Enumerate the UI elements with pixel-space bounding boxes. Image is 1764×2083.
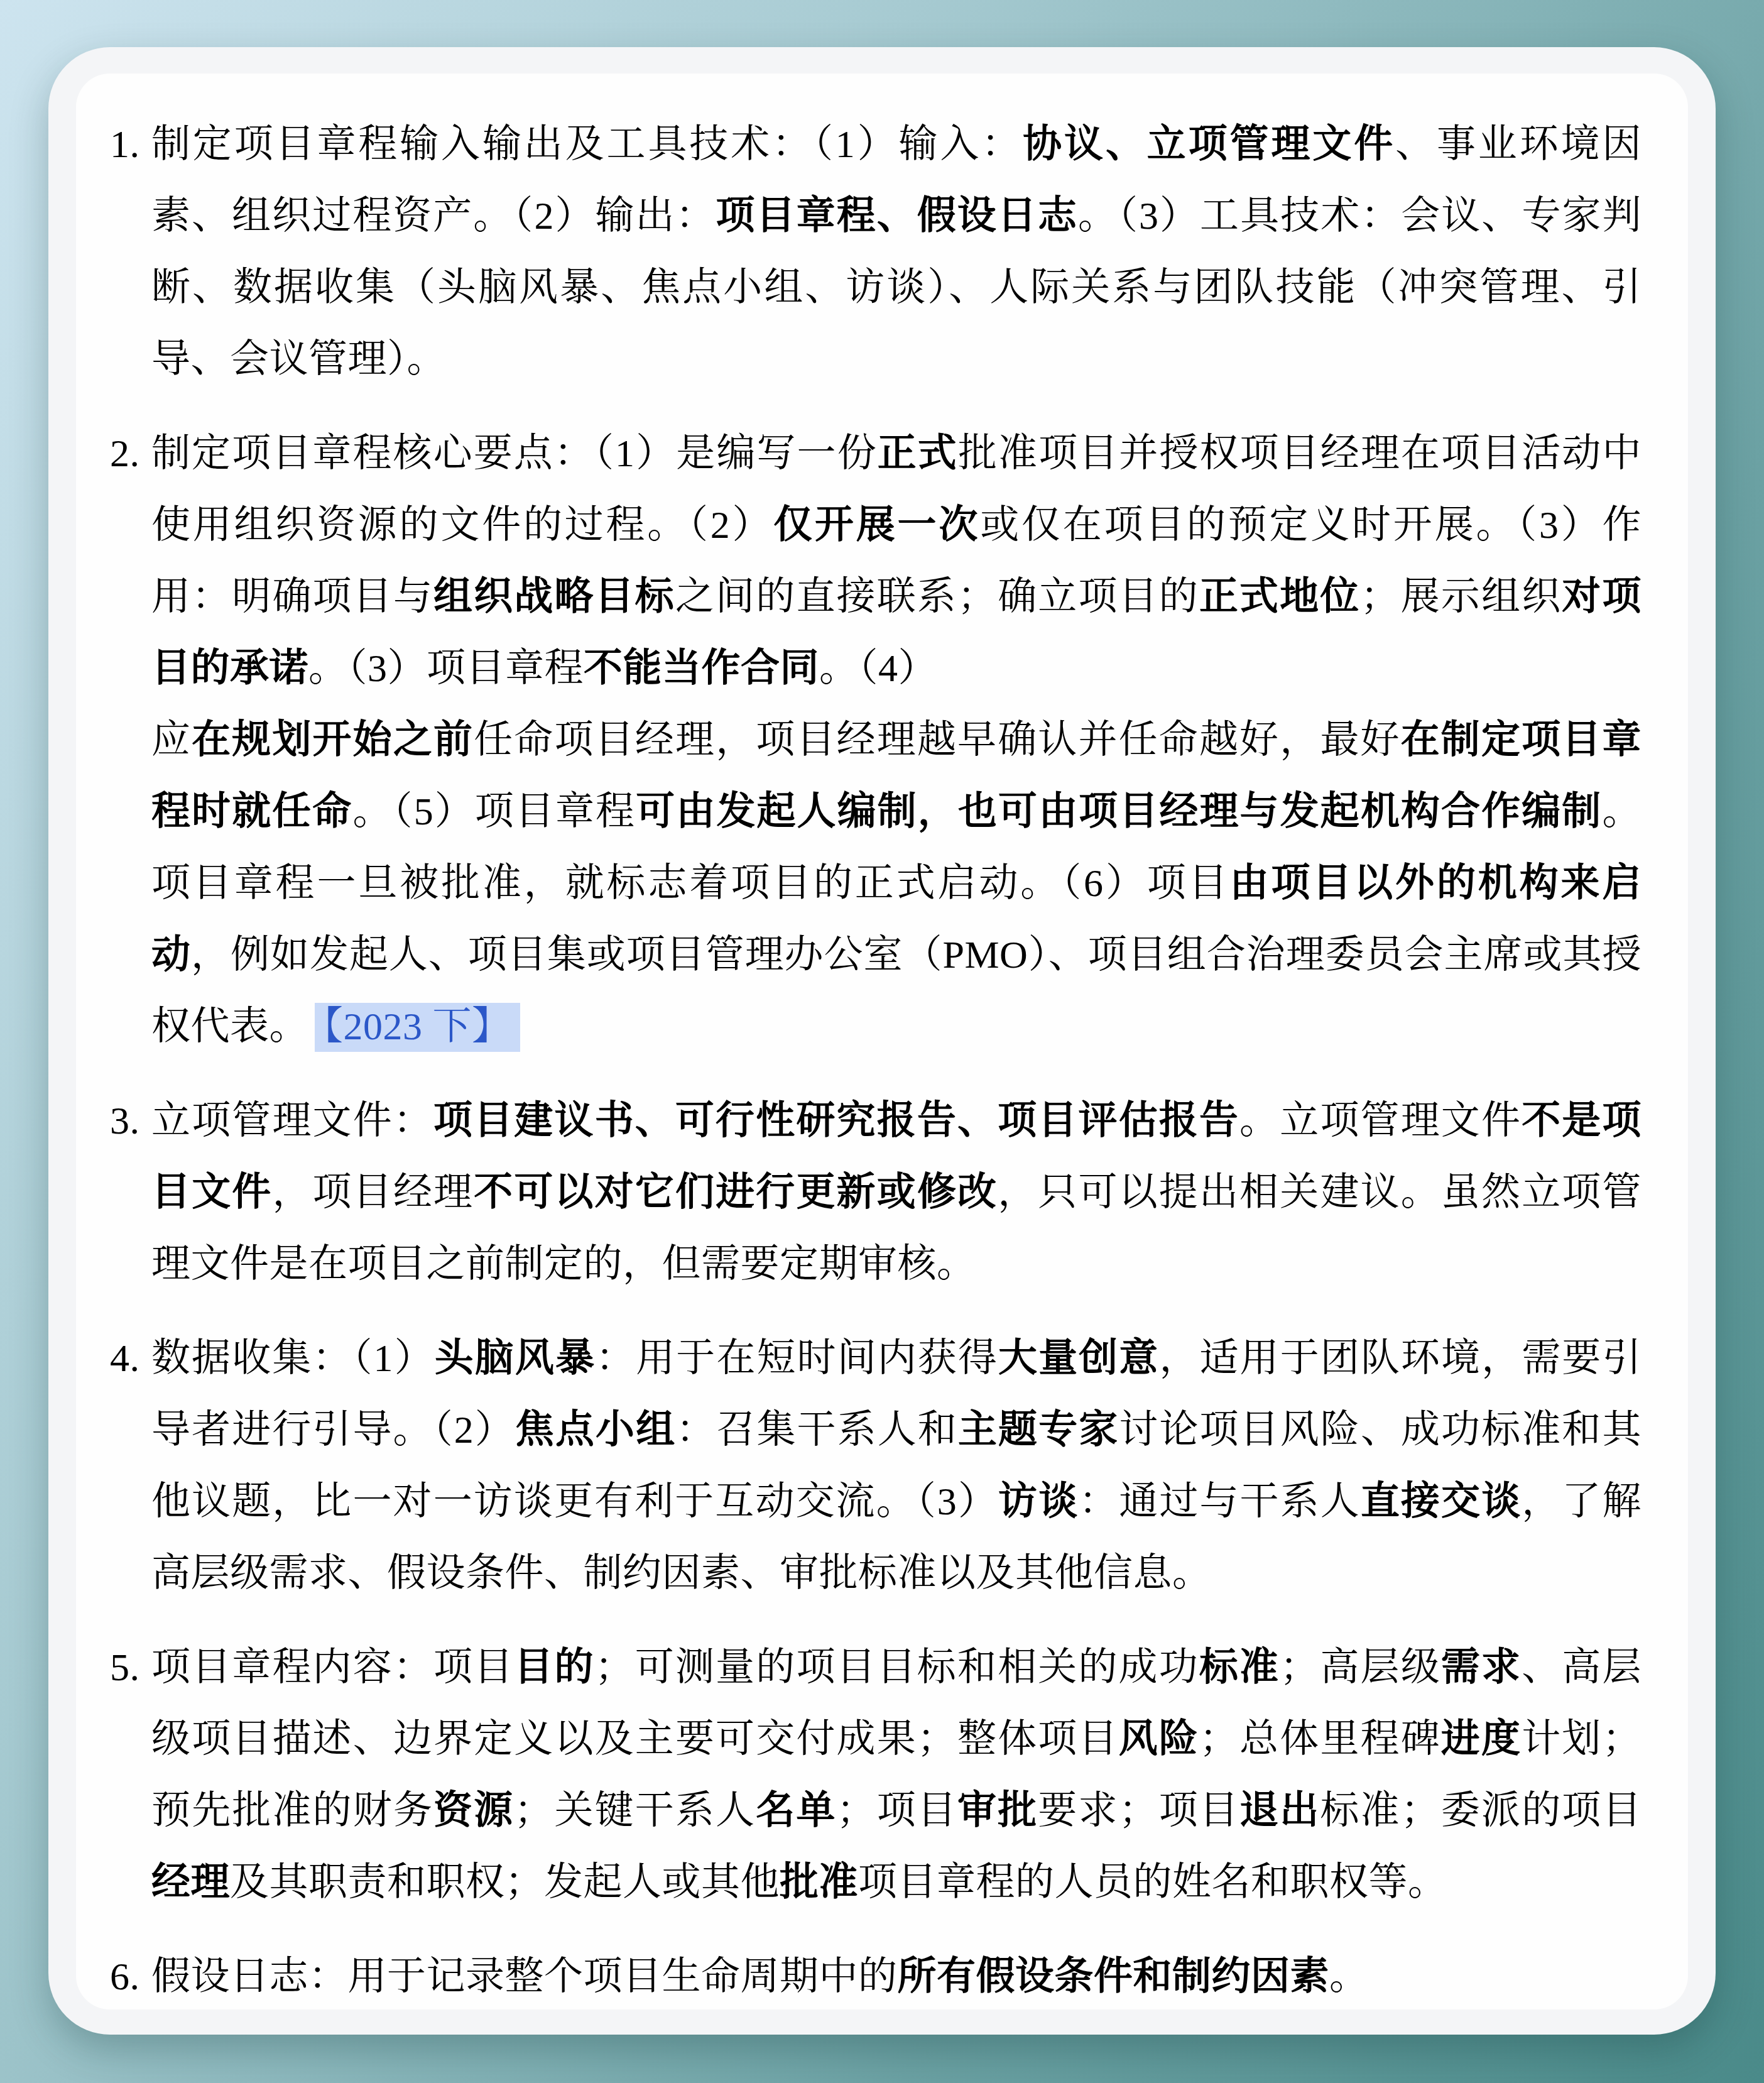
bold-text-run: 项目建议书、可行性研究报告、项目评估报告	[433, 1100, 1239, 1142]
text-run: 数据收集：（1）	[151, 1337, 435, 1380]
text-run: 制定项目章程输入输出及工具技术：（1）输入：	[151, 123, 1023, 166]
text-run: ：召集干系人和	[676, 1409, 958, 1452]
text-run: 。	[1329, 1955, 1369, 1998]
note-item: 4.数据收集：（1）头脑风暴：用于在短时间内获得大量创意，适用于团队环境，需要引…	[110, 1323, 1641, 1609]
bold-text-run: 目的	[514, 1646, 594, 1689]
text-run: ；展示组织	[1361, 576, 1562, 618]
text-run: ；项目	[837, 1790, 957, 1832]
text-run: 项目章程的人员的姓名和职权等。	[858, 1861, 1447, 1904]
bold-text-run: 进度	[1441, 1718, 1522, 1761]
bold-text-run: 在规划开始之前	[192, 719, 474, 762]
item-text: 立项管理文件：项目建议书、可行性研究报告、项目评估报告。立项管理文件不是项目文件…	[151, 1100, 1641, 1286]
bold-text-run: 不能当作合同	[584, 647, 819, 690]
bold-text-run: 风险	[1119, 1718, 1199, 1761]
item-text: 假设日志：用于记录整个项目生命周期中的所有假设条件和制约因素。	[151, 1955, 1369, 1998]
bold-text-run: 审批	[957, 1790, 1038, 1832]
note-item: 3.立项管理文件：项目建议书、可行性研究报告、项目评估报告。立项管理文件不是项目…	[110, 1085, 1641, 1300]
notes-list: 1.制定项目章程输入输出及工具技术：（1）输入：协议、立项管理文件、事业环境因素…	[110, 109, 1641, 2013]
text-run: 要求；项目	[1038, 1790, 1239, 1832]
text-run: 标准；委派的项目	[1320, 1790, 1641, 1832]
text-run: ，项目经理	[272, 1171, 474, 1214]
item-number: 1.	[110, 109, 140, 180]
item-number: 4.	[110, 1323, 140, 1394]
bold-text-run: 名单	[756, 1790, 836, 1832]
bold-text-run: 需求	[1441, 1646, 1522, 1689]
bold-text-run: 主题专家	[958, 1409, 1119, 1452]
text-run: 。（3）项目章程	[308, 647, 584, 690]
bold-text-run: 正式	[878, 432, 958, 475]
bold-text-run: 协议、立项管理文件	[1023, 123, 1395, 166]
item-text: 制定项目章程输入输出及工具技术：（1）输入：协议、立项管理文件、事业环境因素、组…	[151, 123, 1641, 381]
item-text: 数据收集：（1）头脑风暴：用于在短时间内获得大量创意，适用于团队环境，需要引导者…	[151, 1337, 1641, 1595]
text-run: 项目章程内容：项目	[151, 1646, 514, 1689]
bold-text-run: 所有假设条件和制约因素	[898, 1955, 1330, 1998]
bold-text-run: 访谈	[998, 1480, 1079, 1523]
notes-card-outer: 1.制定项目章程输入输出及工具技术：（1）输入：协议、立项管理文件、事业环境因素…	[48, 47, 1716, 2035]
bold-text-run: 可由发起人编制，也可由项目经理与发起机构合作编制	[636, 790, 1602, 833]
text-run: 制定项目章程核心要点：（1）是编写一份	[151, 432, 878, 475]
item-text: 项目章程内容：项目目的；可测量的项目目标和相关的成功标准；高层级需求、高层级项目…	[151, 1646, 1641, 1904]
text-run: ；可测量的项目目标和相关的成功	[595, 1646, 1199, 1689]
text-run: 。立项管理文件	[1239, 1100, 1522, 1142]
text-run: ；总体里程碑	[1199, 1718, 1441, 1761]
bold-text-run: 退出	[1239, 1790, 1320, 1832]
item-number: 5.	[110, 1632, 140, 1703]
bold-text-run: 焦点小组	[515, 1409, 676, 1452]
bold-text-run: 项目章程、假设日志	[716, 195, 1078, 238]
bold-text-run: 正式地位	[1199, 576, 1361, 618]
bold-text-run: 标准	[1199, 1646, 1280, 1689]
bold-text-run: 组织战略目标	[433, 576, 675, 618]
item-number: 6.	[110, 1941, 140, 2013]
text-run: ：用于在短时间内获得	[596, 1337, 998, 1380]
text-run: ；高层级	[1280, 1646, 1441, 1689]
exam-tag: 【2023 下】	[315, 1003, 520, 1052]
text-run: 任命项目经理，项目经理越早确认并任命越好，最好	[474, 719, 1400, 762]
bold-text-run: 仅开展一次	[773, 504, 980, 547]
item-text: 制定项目章程核心要点：（1）是编写一份正式批准项目并授权项目经理在项目活动中使用…	[151, 432, 1641, 1048]
note-item: 2.制定项目章程核心要点：（1）是编写一份正式批准项目并授权项目经理在项目活动中…	[110, 418, 1641, 1063]
item-number: 3.	[110, 1085, 140, 1157]
text-run: 假设日志：用于记录整个项目生命周期中的	[151, 1955, 898, 1998]
bold-text-run: 直接交谈	[1361, 1480, 1522, 1523]
note-item: 1.制定项目章程输入输出及工具技术：（1）输入：协议、立项管理文件、事业环境因素…	[110, 109, 1641, 395]
bold-text-run: 批准	[780, 1861, 858, 1904]
item-number: 2.	[110, 418, 140, 489]
bold-text-run: 头脑风暴	[435, 1337, 596, 1380]
note-item: 6.假设日志：用于记录整个项目生命周期中的所有假设条件和制约因素。	[110, 1941, 1641, 2013]
text-run: ；关键干系人	[514, 1790, 756, 1832]
bold-text-run: 资源	[433, 1790, 514, 1832]
bold-text-run: 不可以对它们进行更新或修改	[474, 1171, 998, 1214]
text-run: 应	[151, 719, 192, 762]
notes-card: 1.制定项目章程输入输出及工具技术：（1）输入：协议、立项管理文件、事业环境因素…	[76, 74, 1688, 2009]
text-run: 。（4）	[819, 647, 937, 690]
text-run: ：通过与干系人	[1079, 1480, 1361, 1523]
text-run: 及其职责和职权；发起人或其他	[230, 1861, 780, 1904]
text-run: 。（5）项目章程	[352, 790, 636, 833]
bold-text-run: 经理	[151, 1861, 230, 1904]
text-run: 之间的直接联系；确立项目的	[675, 576, 1199, 618]
bold-text-run: 大量创意	[998, 1337, 1159, 1380]
note-item: 5.项目章程内容：项目目的；可测量的项目目标和相关的成功标准；高层级需求、高层级…	[110, 1632, 1641, 1918]
text-run: 立项管理文件：	[151, 1100, 433, 1142]
